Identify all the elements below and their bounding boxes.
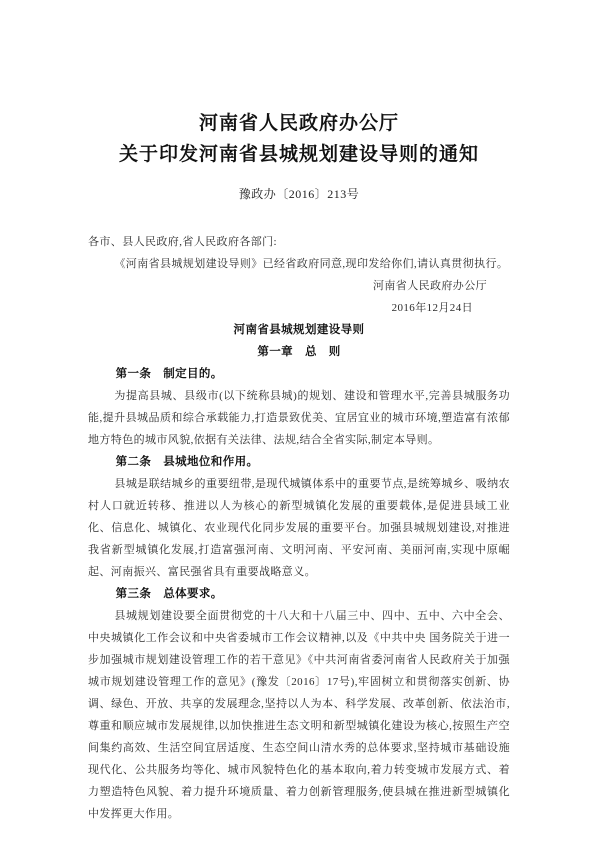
document-title-line2: 关于印发河南省县城规划建设导则的通知 (88, 139, 510, 170)
document-title-line1: 河南省人民政府办公厅 (88, 108, 510, 139)
article-1-body: 为提高县城、县级市(以下统称县城)的规划、建设和管理水平,完善县城服务功能,提升… (88, 385, 510, 451)
document-page: 河南省人民政府办公厅 关于印发河南省县城规划建设导则的通知 豫政办〔2016〕2… (0, 0, 596, 842)
article-2-body: 县城是联结城乡的重要纽带,是现代城镇体系中的重要节点,是统筹城乡、吸纳农村人口就… (88, 473, 510, 583)
document-number: 豫政办〔2016〕213号 (88, 185, 510, 203)
salutation: 各市、县人民政府,省人民政府各部门: (88, 231, 510, 253)
article-2-heading: 第二条 县城地位和作用。 (88, 451, 510, 473)
article-3-heading: 第三条 总体要求。 (88, 583, 510, 605)
article-3-body: 县城规划建设要全面贯彻党的十八大和十八届三中、四中、五中、六中全会、中央城镇化工… (88, 605, 510, 825)
chapter-heading: 第一章 总 则 (88, 341, 510, 363)
date: 2016年12月24日 (88, 297, 510, 319)
signature: 河南省人民政府办公厅 (88, 275, 510, 297)
document-content: 河南省人民政府办公厅 关于印发河南省县城规划建设导则的通知 豫政办〔2016〕2… (88, 108, 510, 825)
intro-paragraph: 《河南省县城规划建设导则》已经省政府同意,现印发给你们,请认真贯彻执行。 (88, 253, 510, 275)
attachment-title: 河南省县城规划建设导则 (88, 319, 510, 341)
article-1-heading: 第一条 制定目的。 (88, 363, 510, 385)
document-body: 各市、县人民政府,省人民政府各部门: 《河南省县城规划建设导则》已经省政府同意,… (88, 231, 510, 825)
